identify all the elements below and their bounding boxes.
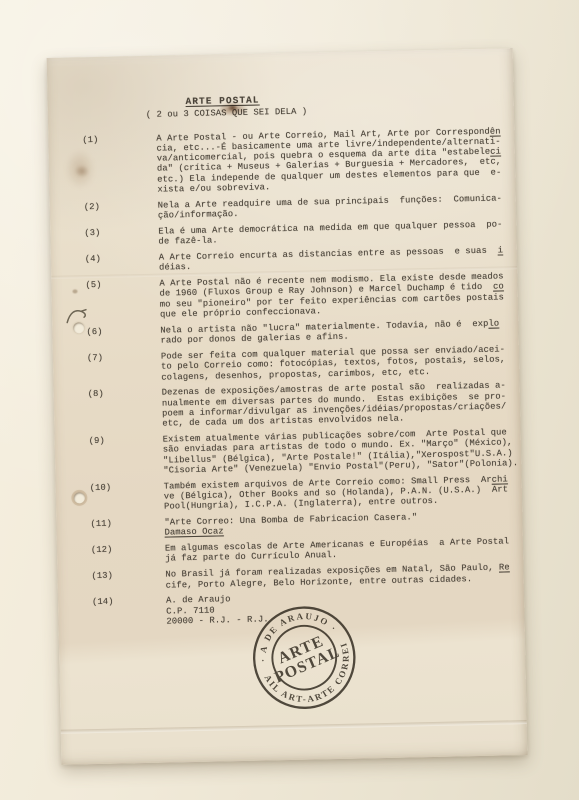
fold-crease-lower xyxy=(61,720,527,734)
document-item: (4)A Arte Correio encurta as distancias … xyxy=(85,245,505,274)
item-number: (13) xyxy=(91,570,165,592)
item-number: (5) xyxy=(85,279,160,322)
item-text: Ela é uma Arte democrática na medida em … xyxy=(158,219,504,247)
item-text: Também existem arquivos de Arte Correio … xyxy=(164,474,511,512)
item-number: (11) xyxy=(90,518,164,540)
item-text: A Arte Postal não é recente nem modismo.… xyxy=(159,272,506,320)
item-text: Nela a Arte readquire uma de sua princip… xyxy=(158,193,504,221)
item-number: (3) xyxy=(84,227,158,249)
item-text: Pode ser feita com qualquer material que… xyxy=(161,344,508,382)
punch-hole-bottom xyxy=(74,492,85,503)
document-title: ARTE POSTAL xyxy=(185,95,259,108)
document-item: (10)Também existem arquivos de Arte Corr… xyxy=(90,474,511,514)
item-text: "Arte Correo: Una Bomba de Fabricacion C… xyxy=(164,510,510,538)
item-text: Nela o artista não "lucra" materialmente… xyxy=(160,318,506,346)
document-body: ARTE POSTAL ( 2 ou 3 COISAS QUE SEI DELA… xyxy=(82,90,513,633)
item-number: (6) xyxy=(86,325,160,347)
document-item: (8)Dezenas de exposições/amostras de art… xyxy=(88,381,509,431)
document-item: (12)Em algumas escolas de Arte Americana… xyxy=(91,537,511,566)
item-text: Em algumas escolas de Arte Americanas e … xyxy=(165,537,511,565)
paper-sheet: ARTE POSTAL ( 2 ou 3 COISAS QUE SEI DELA… xyxy=(47,48,528,765)
item-number: (2) xyxy=(84,201,158,223)
item-text: Dezenas de exposições/amostras de arte p… xyxy=(162,381,509,429)
document-item: (7)Pode ser feita com qualquer material … xyxy=(87,344,508,384)
item-number: (10) xyxy=(90,481,165,513)
item-number: (14) xyxy=(92,596,167,628)
ink-speck xyxy=(73,289,78,293)
document-item: (3)Ela é uma Arte democrática na medida … xyxy=(84,219,504,248)
photo-background: { "document": { "title": "ARTE POSTAL", … xyxy=(0,0,579,800)
document-item: (2)Nela a Arte readquire uma de sua prin… xyxy=(84,193,504,222)
item-number: (7) xyxy=(87,352,162,384)
item-number: (12) xyxy=(91,544,165,566)
document-item: (11)"Arte Correo: Una Bomba de Fabricaci… xyxy=(90,510,510,539)
document-item: (6)Nela o artista não "lucra" materialme… xyxy=(86,318,506,347)
item-number: (4) xyxy=(85,253,159,275)
item-text: A Arte Postal - ou Arte Correio, Mail Ar… xyxy=(156,126,503,195)
item-text: No Brasil já foram realizadas exposições… xyxy=(165,563,511,591)
item-text: Existem atualmente várias publicações so… xyxy=(163,427,519,476)
item-text: A Arte Correio encurta as distancias ent… xyxy=(159,245,505,273)
document-items: (1)A Arte Postal - ou Arte Correio, Mail… xyxy=(82,126,512,628)
item-number: (1) xyxy=(82,133,157,196)
item-number: (8) xyxy=(88,388,163,431)
document-item: (9)Existem atualmente várias publicações… xyxy=(89,427,510,477)
document-item: (1)A Arte Postal - ou Arte Correio, Mail… xyxy=(82,126,503,197)
pen-mark xyxy=(64,305,92,328)
document-item: (13)No Brasil já foram realizadas exposi… xyxy=(91,563,511,592)
document-item: (5)A Arte Postal não é recente nem modis… xyxy=(85,272,506,322)
item-number: (9) xyxy=(89,435,164,478)
